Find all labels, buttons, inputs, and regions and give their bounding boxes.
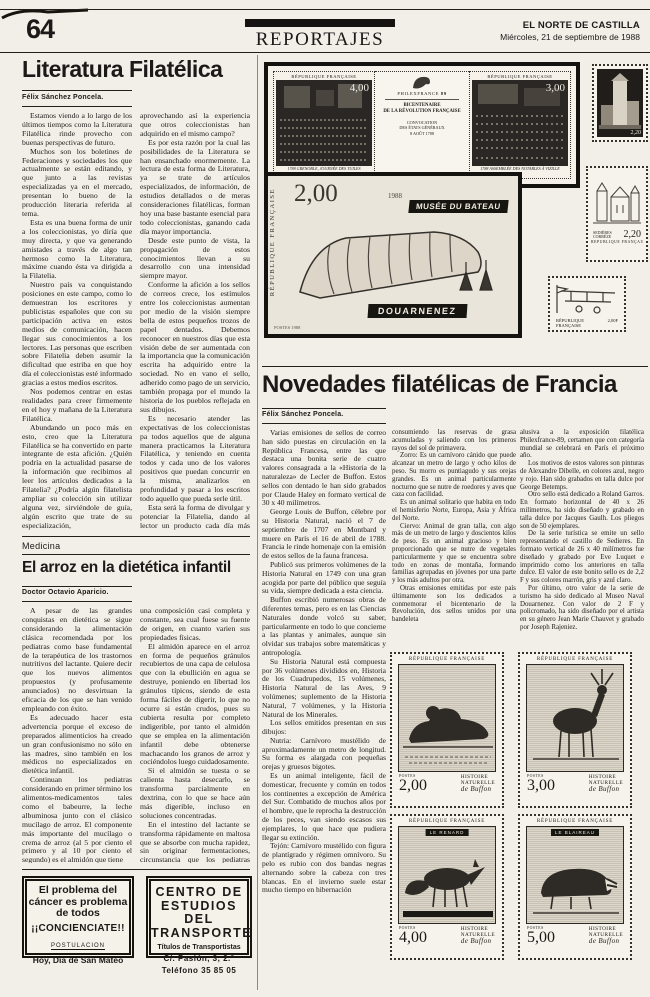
stamp-value: 4,00 — [350, 82, 369, 94]
phrygian-cap-icon — [410, 75, 434, 90]
masthead-name: EL NORTE DE CASTILLA — [420, 20, 640, 31]
paragraph: Nutria: Carnívoro mustélido de aproximad… — [262, 737, 386, 772]
stamp-caption: 1788 ASSEMBLÉE DES NOTABLES À VIZILLE — [472, 166, 568, 171]
stamp-country: RÉPUBLIQUE FRANÇAISE — [392, 819, 502, 824]
paragraph: Continuan los pediatras considerando en … — [22, 776, 132, 863]
series-author: de Buffon — [461, 786, 495, 792]
museum-banner: MUSÉE DU BATEAU — [409, 200, 509, 213]
stamp-value: 2,00F — [608, 318, 618, 328]
paragraph: Por último, otro valor de la serie de tu… — [520, 585, 644, 632]
byline-rule — [262, 408, 386, 409]
stamp-country: RÉPUBLIQUE FRANÇAISE — [520, 657, 630, 662]
stamp-grenoble: RÉPUBLIQUE FRANÇAISE 4,00 1788 GRENOBLE,… — [273, 71, 375, 179]
article-title-novedades: Novedades filatélicas de Francia — [262, 373, 650, 397]
castle-sketch-icon — [591, 171, 643, 229]
ad-text: C/. Pasión, 3, 2.° — [151, 954, 247, 963]
label-line: 8 AOÛT 1788 — [377, 131, 467, 136]
ad-text: Teléfono 35 85 05 — [151, 966, 247, 975]
paragraph: Zorro: Es un carnívoro cánido que puede … — [392, 452, 516, 499]
series-author: de Buffon — [589, 938, 623, 944]
literatura-column-2: aprovechando así la experiencia que otro… — [140, 112, 250, 530]
kicker-rule — [22, 536, 250, 537]
ad-cancer: El problema del cáncer es problema de to… — [22, 876, 134, 958]
article-title-arroz: El arroz en la dietética infantil — [22, 560, 231, 576]
postes-mark: POSTES 1988 — [274, 325, 300, 330]
paragraph: Es un animal solitario que habita en tod… — [392, 499, 516, 522]
paragraph: Su Historia Natural está compuesta por 3… — [262, 658, 386, 720]
stamp-caption: 1788 GRENOBLE, JOURNÉE DES TUILES — [276, 166, 372, 171]
paragraph: Esta será la forma de divulgar y potenci… — [140, 504, 250, 530]
stamp-triptych-revolution: RÉPUBLIQUE FRANÇAISE 4,00 1788 GRENOBLE,… — [264, 62, 580, 188]
paragraph: Conforme la afición a los sellos de corr… — [140, 281, 250, 415]
ad-transporte: CENTRO DE ESTUDIOS DEL TRANSPORTE Título… — [146, 876, 252, 958]
paragraph: Ciervo: Animal de gran talla, con algo m… — [392, 523, 516, 585]
headline-rule — [262, 366, 648, 367]
paragraph: En el intestino del lactante se transfor… — [140, 821, 250, 863]
paragraph: Es por esta razón por la cual las posibi… — [140, 139, 250, 237]
kicker-medicina: Medicina — [22, 541, 60, 551]
ship-hull-engraving-icon — [284, 220, 500, 306]
paragraph: Nos podemos centrar en estas realidades … — [22, 388, 132, 424]
ad-text: CENTRO DE — [151, 886, 247, 900]
stamp-tower: 2,20 — [592, 64, 648, 142]
masthead-date: Miércoles, 21 de septiembre de 1988 — [420, 32, 640, 42]
ad-text: ¡¡CONCIENCIATE!! — [27, 923, 129, 934]
expo-name: PHILEXFRANCE 89 — [377, 91, 467, 96]
stamp-sedieres: SEDIÈRES CORRÈZE 2,20 RÉPUBLIQUE FRANÇAI… — [586, 166, 648, 262]
stamp-year: 1988 — [388, 192, 402, 200]
paragraph: De la serie turística se emite un sello … — [520, 530, 644, 585]
stamp-buffon-tejon: RÉPUBLIQUE FRANÇAISE LE BLAIREAU POSTES5… — [518, 814, 632, 960]
stamp-value: 2,00 — [399, 778, 427, 793]
otter-engraving-icon — [399, 665, 496, 771]
byline-rule — [22, 601, 132, 602]
badger-engraving-icon — [527, 827, 624, 923]
column-separator — [257, 55, 258, 990]
paragraph: Desde este punto de vista, la propagació… — [140, 237, 250, 282]
series-author: de Buffon — [589, 786, 623, 792]
paragraph: Muchos son los boletines de Federaciones… — [22, 148, 132, 219]
article-title-literatura: Literatura Filatélica — [22, 58, 222, 81]
label-line: DE LA RÉVOLUTION FRANÇAISE — [377, 109, 467, 115]
paragraph: Estamos viendo a lo largo de los últimos… — [22, 112, 132, 148]
stamp-vizille: RÉPUBLIQUE FRANÇAISE 3,00 1788 ASSEMBLÉE… — [469, 71, 571, 179]
tower-engraving-icon — [597, 71, 643, 137]
series-title: HISTOIRE — [589, 774, 616, 780]
arroz-column-1: A pesar de las grandes conquistas en die… — [22, 607, 132, 863]
paragraph: Otro sello está dedicado a Roland Garros… — [520, 491, 644, 530]
paragraph: Tejón: Carnívoro mustélido con figura de… — [262, 842, 386, 895]
paragraph: Los motivos de estos valores son pintura… — [520, 460, 644, 491]
stamp-value: 2,00 — [294, 180, 338, 208]
byline-rule — [22, 90, 132, 91]
ad-text: de todos — [27, 908, 129, 920]
paragraph: alusiva a la exposición filatélica Phile… — [520, 429, 644, 460]
stamp-country: RÉPUBLIQUE FRANÇAISE — [556, 318, 608, 328]
paragraph: Abundando un poco más en esto, creo que … — [22, 424, 132, 530]
philexfrance-label: PHILEXFRANCE 89 BICENTENAIRE DE LA RÉVOL… — [375, 71, 469, 179]
stamp-country: RÉPUBLIQUE FRANÇAISE — [392, 657, 502, 662]
stamp-country: RÉPUBLIQUE FRANÇAISE — [591, 240, 643, 244]
byline-literatura: Félix Sánchez Poncela. — [22, 94, 103, 101]
paragraph: Es necesario atender las expectativas de… — [140, 415, 250, 504]
divider — [385, 99, 459, 100]
paragraph: aprovechando así la experiencia que otro… — [140, 112, 250, 139]
stamp-buffon-zorro: RÉPUBLIQUE FRANÇAISE LE RENARD POSTES4,0… — [390, 814, 504, 960]
masthead: EL NORTE DE CASTILLA Miércoles, 21 de se… — [420, 20, 640, 42]
stamp-country: RÉPUBLIQUE FRANÇAISE — [520, 819, 630, 824]
stamp-country: RÉPUBLIQUE FRANÇAISE — [269, 188, 276, 296]
stamp-buffon-nutria: RÉPUBLIQUE FRANÇAISE POSTES2,00 HISTOIRE… — [390, 652, 504, 808]
newspaper-page: 64 REPORTAJES EL NORTE DE CASTILLA Miérc… — [0, 0, 650, 997]
paragraph: Buffon escribió numerosas obras de difer… — [262, 596, 386, 658]
series-title: HISTOIRE — [461, 774, 488, 780]
kicker-rule — [22, 554, 250, 555]
ad-text: ESTUDIOS DEL — [151, 900, 247, 927]
stamp-value: 2,20 — [631, 130, 642, 136]
paragraph: Otras emisiones emitidas por este país ú… — [392, 585, 516, 624]
paragraph: Publicó sus primeros volúmenes de la His… — [262, 561, 386, 596]
stamp-value: 3,00 — [546, 82, 565, 94]
stamp-country: RÉPUBLIQUE FRANÇAISE — [472, 74, 568, 79]
paragraph: Esta es una buena forma de unir a los co… — [22, 219, 132, 281]
paragraph: El almidón aparece en el arroz en forma … — [140, 643, 250, 768]
novedades-column-1: Varias emisiones de sellos de correo han… — [262, 429, 386, 989]
stamp-value: 4,00 — [399, 930, 427, 945]
revolution-scene-engraving-icon: 4,00 — [276, 80, 372, 166]
byline-rule — [22, 106, 132, 107]
stamp-roland-garros: RÉPUBLIQUE FRANÇAISE 2,00F — [548, 276, 626, 332]
revolution-scene-engraving-icon: 3,00 — [472, 80, 568, 166]
city-banner: DOUARNENEZ — [368, 304, 467, 318]
deer-engraving-icon — [527, 665, 624, 771]
paragraph: Varias emisiones de sellos de correo han… — [262, 429, 386, 508]
ad-text: El problema del — [27, 885, 129, 897]
novedades-column-2: consumiendo las reservas de grasa acumul… — [392, 429, 516, 647]
paragraph: Es un animal inteligente, fácil de domes… — [262, 772, 386, 842]
paragraph: Los sellos emitidos presentan en sus dib… — [262, 719, 386, 737]
stamp-country: RÉPUBLIQUE FRANÇAISE — [276, 74, 372, 79]
section-bar — [245, 19, 395, 27]
stamp-value: 2,20 — [624, 229, 642, 240]
ad-text: Hoy, Día de San Mateo — [27, 955, 129, 965]
page-number: 64 — [26, 14, 54, 45]
byline-arroz: Doctor Octavio Aparicio. — [22, 589, 109, 596]
paragraph: Es adecuado hacer esta advertencia porqu… — [22, 714, 132, 776]
ads-top-rule — [22, 869, 250, 870]
stamp-animal-label: LE BLAIREAU — [551, 829, 599, 836]
header-top-rule — [0, 9, 650, 10]
ad-text: TRANSPORTE — [151, 927, 247, 941]
paragraph: Si el almidón se tuesta o se calienta ha… — [140, 767, 250, 820]
stamp-value: 5,00 — [527, 930, 555, 945]
novedades-column-3: alusiva a la exposición filatélica Phile… — [520, 429, 644, 647]
arroz-column-2: una composición casi completa y constant… — [140, 607, 250, 863]
literatura-column-1: Estamos viendo a lo largo de los últimos… — [22, 112, 132, 530]
ad-text: Títulos de Transportistas — [151, 944, 247, 951]
byline-novedades: Félix Sánchez Poncela. — [262, 411, 343, 418]
stamp-animal-label: LE RENARD — [426, 829, 469, 836]
byline-rule — [22, 586, 132, 587]
paragraph: una composición casi completa y constant… — [140, 607, 250, 643]
biplane-sketch-icon — [553, 281, 621, 317]
paragraph: A pesar de las grandes conquistas en die… — [22, 607, 132, 714]
ad-text: POSTULACION — [51, 943, 105, 950]
stamp-buffon-ciervo: RÉPUBLIQUE FRANÇAISE POSTES3,00 HISTOIRE… — [518, 652, 632, 808]
fox-engraving-icon — [399, 827, 496, 923]
series-title: HISTOIRE — [589, 926, 616, 932]
section-title: REPORTAJES — [240, 29, 400, 51]
series-title: HISTOIRE — [461, 926, 488, 932]
stamp-museum-douarnenez: RÉPUBLIQUE FRANÇAISE 2,00 1988 MUSÉE DU … — [264, 172, 522, 338]
byline-rule — [262, 423, 386, 424]
paragraph: George Louis de Buffon, célebre por su H… — [262, 508, 386, 561]
series-author: de Buffon — [461, 938, 495, 944]
paragraph: Nuestro país va conquistando posiciones … — [22, 281, 132, 388]
stamp-value: 3,00 — [527, 778, 555, 793]
paragraph: consumiendo las reservas de grasa acumul… — [392, 429, 516, 452]
header-bottom-rule — [0, 52, 650, 53]
